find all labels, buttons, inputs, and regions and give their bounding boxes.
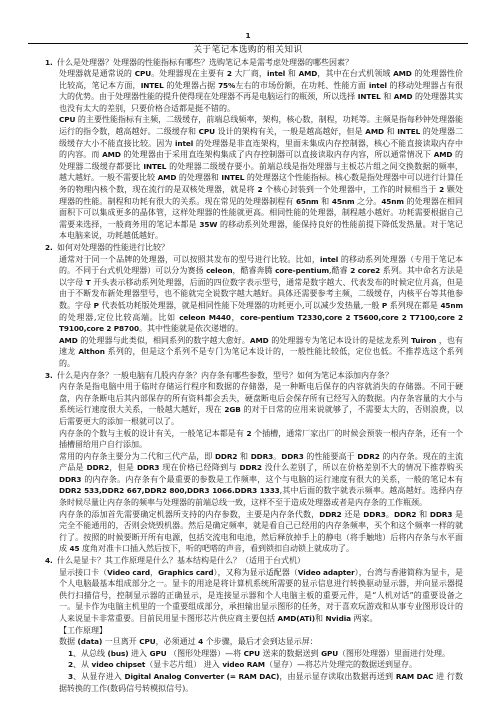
answer-paragraph: 处理器就是通常说的 CPU。处理器现在主要有 2 大厂商，intel 和 AMD…	[59, 68, 463, 114]
list-item-2: 2. 如何对处理器的性能进行比较？ 通常对于同一个品牌的处理器，可以按照其发布的…	[45, 242, 463, 370]
question-text: 什么是显卡？其工作原理是什么？基本结构是什么？（适用于台式机）	[57, 555, 463, 567]
answer-step: 3、从显存进入 Digital Analog Converter (= RAM …	[59, 671, 463, 694]
question-text: 如何对处理器的性能进行比较？	[57, 242, 463, 254]
question-number: 1.	[45, 57, 57, 69]
answer-block: 处理器就是通常说的 CPU。处理器现在主要有 2 大厂商，intel 和 AMD…	[45, 68, 463, 242]
answer-paragraph: 常用的内存条主要分为二代和三代产品，即 DDR2 和 DDR3。DDR3 的性能…	[59, 451, 463, 509]
document-body: 1. 什么是处理器？处理器的性能指标有哪些？选购笔记本是需考虑处理器的哪些因素？…	[0, 57, 496, 695]
question-number: 2.	[45, 242, 57, 254]
answer-paragraph: AMD 的处理器与此类似，相同系列的数字越大愈好。AMD 的处理器专为笔记本设计…	[59, 335, 463, 370]
answer-paragraph: 内存条是指电脑中用于临时存储运行程序和数据的存储器，是一种断电后保存的内容就消失…	[59, 381, 463, 427]
document-title: 关于笔记本选购的相关知识	[0, 44, 496, 57]
answer-step: 1、从总线 (bus) 进入 GPU （图形处理器）—将 CPU 送来的数据送到…	[59, 648, 463, 660]
list-item-1: 1. 什么是处理器？处理器的性能指标有哪些？选购笔记本是需考虑处理器的哪些因素？…	[45, 57, 463, 243]
question-number: 4.	[45, 555, 57, 567]
list-item-3: 3. 什么是内存条？一般电脑有几股内存条？内存条有哪些参数，型号？如何为笔记本添…	[45, 370, 463, 556]
answer-block: 通常对于同一个品牌的处理器，可以按照其发布的型号进行比较。比如，intel 的移…	[45, 254, 463, 370]
question-text: 什么是内存条？一般电脑有几股内存条？内存条有哪些参数，型号？如何为笔记本添加内存…	[57, 370, 463, 382]
question-line: 2. 如何对处理器的性能进行比较？	[45, 242, 463, 254]
answer-paragraph: 显示接口卡（Video card，Graphics card），又称为显示适配器…	[59, 567, 463, 625]
question-line: 1. 什么是处理器？处理器的性能指标有哪些？选购笔记本是需考虑处理器的哪些因素？	[45, 57, 463, 69]
question-text: 什么是处理器？处理器的性能指标有哪些？选购笔记本是需考虑处理器的哪些因素？	[57, 57, 463, 69]
answer-paragraph: 通常对于同一个品牌的处理器，可以按照其发布的型号进行比较。比如，intel 的移…	[59, 254, 463, 335]
section-heading: 【工作原理】	[59, 625, 463, 637]
answer-block: 显示接口卡（Video card，Graphics card），又称为显示适配器…	[45, 567, 463, 695]
document-page: 1 关于笔记本选购的相关知识 1. 什么是处理器？处理器的性能指标有哪些？选购笔…	[0, 0, 496, 702]
answer-paragraph: 数据 (data) 一旦离开 CPU，必须通过 4 个步骤，最后才会到达显示屏：	[59, 636, 463, 648]
question-number: 3.	[45, 370, 57, 382]
list-item-4: 4. 什么是显卡？其工作原理是什么？基本结构是什么？（适用于台式机） 显示接口卡…	[45, 555, 463, 694]
answer-block: 内存条是指电脑中用于临时存储运行程序和数据的存储器，是一种断电后保存的内容就消失…	[45, 381, 463, 555]
answer-step: 2、从 video chipset（显卡芯片组） 进入 video RAM（显存…	[59, 659, 463, 671]
answer-paragraph: 内存条的添加首先需要确定机器所支持的内存参数，主要是内存条代数，DDR2 还是 …	[59, 509, 463, 555]
answer-paragraph: 内存条的个数与主板的设计有关，一般笔记本都是有 2 个插槽，通常厂家出厂的时候会…	[59, 428, 463, 451]
page-number: 1	[0, 0, 496, 42]
answer-paragraph: CPU 的主要性能指标有主频，二级缓存，前端总线频率，架构，核心数，制程，功耗等…	[59, 114, 463, 242]
question-line: 4. 什么是显卡？其工作原理是什么？基本结构是什么？（适用于台式机）	[45, 555, 463, 567]
question-line: 3. 什么是内存条？一般电脑有几股内存条？内存条有哪些参数，型号？如何为笔记本添…	[45, 370, 463, 382]
